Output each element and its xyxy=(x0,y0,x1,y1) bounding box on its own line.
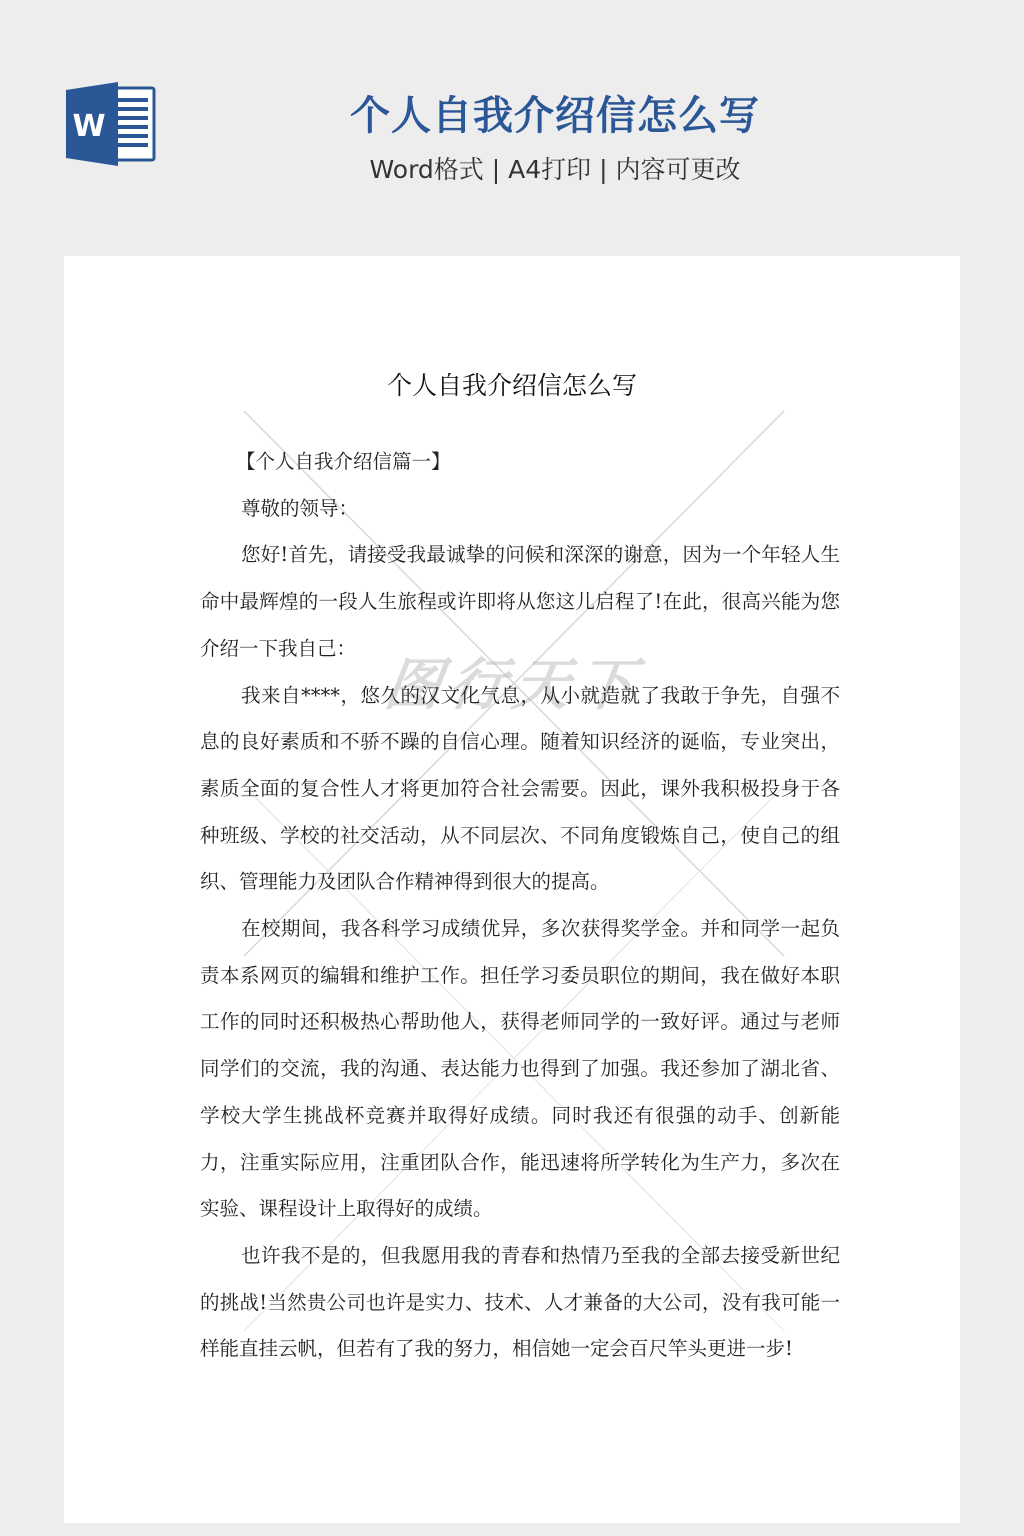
word-document-icon: W xyxy=(64,80,158,166)
paragraph-school: 在校期间，我各科学习成绩优异，多次获得奖学金。并和同学一起负责本系网页的编辑和维… xyxy=(200,906,840,1233)
header-subtitle: Word格式 | A4打印 | 内容可更改 xyxy=(300,152,810,188)
header-banner: W 个人自我介绍信怎么写 Word格式 | A4打印 | 内容可更改 xyxy=(0,0,1024,256)
paragraph-greeting: 您好!首先，请接受我最诚挚的问候和深深的谢意，因为一个年轻人生命中最辉煌的一段人… xyxy=(200,532,840,672)
svg-text:W: W xyxy=(72,109,105,144)
salutation: 尊敬的领导： xyxy=(200,486,840,533)
section-heading: 【个人自我介绍信篇一】 xyxy=(200,439,840,486)
document-body: 【个人自我介绍信篇一】 尊敬的领导： 您好!首先，请接受我最诚挚的问候和深深的谢… xyxy=(200,439,840,1373)
document-title: 个人自我介绍信怎么写 xyxy=(64,366,960,406)
paragraph-background: 我来自****，悠久的汉文化气息，从小就造就了我敢于争先，自强不息的良好素质和不… xyxy=(200,673,840,907)
header-title: 个人自我介绍信怎么写 xyxy=(300,90,810,142)
paragraph-closing: 也许我不是的，但我愿用我的青春和热情乃至我的全部去接受新世纪的挑战!当然贵公司也… xyxy=(200,1233,840,1373)
document-page: 图行天下 个人自我介绍信怎么写 【个人自我介绍信篇一】 尊敬的领导： 您好!首先… xyxy=(64,256,960,1523)
